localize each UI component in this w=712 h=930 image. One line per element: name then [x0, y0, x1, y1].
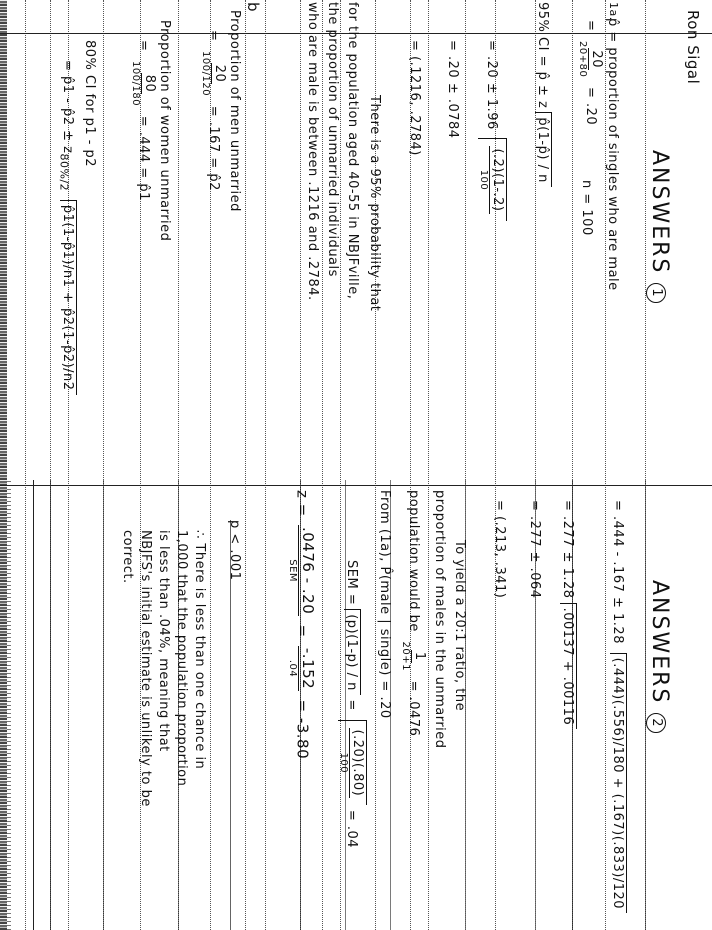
definition-p-hat: p̂ = proportion of singles who are male — [605, 18, 620, 291]
interpretation-line-4: who are male is between .1216 and .2784. — [305, 2, 320, 301]
prop-men-label: Proportion of men unmarried — [227, 10, 242, 212]
yield-line-1: To yield a 20:1 ratio, the — [452, 540, 467, 711]
interpretation-line-1: There is a 95% probability that — [367, 95, 382, 311]
ci80-formula: = p̂1 - p̂2 ± z80%/2 p̂1(1-p̂1)/n1 + p̂2… — [57, 60, 77, 395]
prop-men-calc: = 20100/120 = .167 = p̂2 — [200, 30, 227, 191]
z-score-calc: z = .0476 - .20SEM = -.152.04 = -3.80 — [287, 490, 317, 759]
yield-line-3: population would be 120+1 = .0476 — [400, 490, 427, 736]
scanned-answer-sheet: Ron Sigal ANSWERS 1 1a. p̂ = proportion … — [0, 0, 712, 930]
diff-ci-step3: = .277 ± .064 — [527, 500, 542, 599]
author-name: Ron Sigal — [684, 10, 702, 84]
sample-size: n = 100 — [579, 180, 594, 236]
interpretation-line-3: the proportion of unmarried individuals — [325, 2, 340, 277]
conclusion-line-5: correct. — [120, 530, 135, 584]
diff-ci-step2: = .277 ± 1.28.00137 + .00116 — [560, 500, 577, 729]
conclusion-line-4: NBJFS's initial estimate is unlikely to … — [138, 530, 153, 807]
prop-women-calc: = 80100/180 = .444 = p̂1 — [130, 40, 157, 201]
ci80-label: 80% CI for p1 - p2 — [82, 40, 97, 167]
p-value: p < .001 — [227, 520, 242, 580]
page-number-badge: 2 — [646, 713, 666, 733]
conclusion-line-3: is less than .04%, meaning that — [156, 530, 171, 752]
page-title-2: ANSWERS 2 — [646, 580, 672, 733]
prop-women-label: Proportion of women unmarried — [157, 20, 172, 241]
ci95-result: = (.1216, .2784) — [407, 40, 422, 156]
diff-ci-step1: = .444 - .167 ± 1.28 (.444)(.556)/180 + … — [610, 500, 627, 913]
ci95-step2: = .20 ± .0784 — [445, 40, 460, 139]
conclusion-line-2: 1,000 that the population proportion — [174, 530, 189, 786]
page-number-badge: 1 — [646, 283, 666, 303]
interpretation-line-2: for the population aged 40-55 in NBJFvil… — [345, 2, 360, 299]
rotated-content: Ron Sigal ANSWERS 1 1a. p̂ = proportion … — [0, 0, 712, 930]
yield-line-2: proportion of males in the unmarried — [432, 490, 447, 749]
sem-formula: SEM =(p)(1-p) / n = (.20)(.80)100 = .04 — [338, 560, 367, 848]
conclusion-line-1: ∴ There is less than one chance in — [192, 530, 207, 769]
page-title-1: ANSWERS 1 — [646, 150, 672, 303]
calc-p-hat: = 2020+80 = .20 — [577, 20, 604, 125]
question-label-1b: b — [244, 2, 262, 12]
ci95-step1: = .20 ± 1.96 (.2)(1-.2)100 — [478, 40, 507, 221]
ci95-formula: 95% CI = p̂ ± zp̂(1-p̂) / n — [535, 2, 552, 187]
diff-ci-result: = (.213, .341) — [492, 500, 507, 598]
from-1a-line: From (1a), P̂(male | single) = .20 — [377, 490, 392, 719]
